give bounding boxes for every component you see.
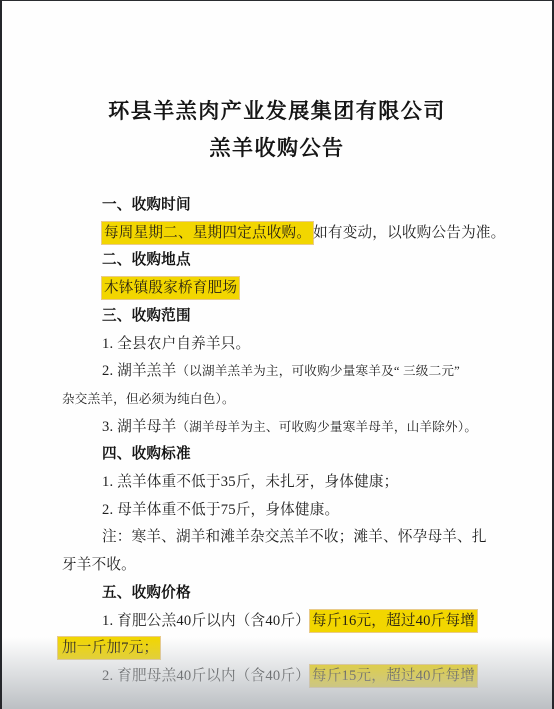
- price-item-1-text: 1. 育肥公羔40斤以内（含40斤）: [102, 613, 310, 629]
- section2-heading: 二、收购地点: [62, 247, 492, 275]
- scope-item-3-paren: （湖羊母羊为主、可收购少量寒羊母羊，山羊除外）。: [176, 420, 477, 434]
- section3-heading: 三、收购范围: [62, 303, 492, 331]
- section1-heading-text: 一、收购时间: [102, 197, 191, 213]
- standard-note-line1: 注：寒羊、湖羊和滩羊杂交羔羊不收；滩羊、怀孕母羊、扎: [62, 524, 492, 552]
- section4-heading-text: 四、收购标准: [102, 446, 191, 462]
- section5-heading: 五、收购价格: [62, 580, 492, 608]
- standard-item-2: 2. 母羊体重不低于75斤，身体健康。: [62, 497, 492, 525]
- announcement-title: 羔羊收购公告: [2, 130, 552, 167]
- section3-heading-text: 三、收购范围: [102, 308, 191, 324]
- price-item-2-highlight: 每斤15元，超过40斤每增: [310, 665, 477, 687]
- standard-note-cont: 牙羊不收。: [62, 557, 136, 573]
- section5-heading-text: 五、收购价格: [102, 585, 191, 601]
- price-item-1-line2: 加一斤加7元；: [62, 635, 492, 663]
- scope-item-2-line2: 杂交羔羊，但必须为纯白色）。: [62, 386, 492, 414]
- purchase-location-highlight: 木钵镇殷家桥育肥场: [102, 277, 239, 299]
- scope-item-1-text: 1. 全县农户自养羊只。: [102, 336, 250, 352]
- document-title: 环县羊羔肉产业发展集团有限公司 羔羊收购公告: [2, 1, 552, 167]
- standard-note-line2: 牙羊不收。: [62, 552, 492, 580]
- standard-item-2-text: 2. 母羊体重不低于75斤，身体健康。: [102, 502, 339, 518]
- company-name: 环县羊羔肉产业发展集团有限公司: [2, 93, 552, 130]
- section4-heading: 四、收购标准: [62, 441, 492, 469]
- purchase-time-note: 如有变动，以收购公告为准。: [313, 225, 505, 241]
- scope-item-3-text: 3. 湖羊母羊: [102, 419, 176, 435]
- section2-heading-text: 二、收购地点: [102, 252, 191, 268]
- price-item-1-line1: 1. 育肥公羔40斤以内（含40斤）每斤16元，超过40斤每增: [62, 608, 492, 636]
- scope-item-2-paren: （以湖羊羔羊为主，可收购少量寒羊及“ 三级二元”: [176, 364, 460, 378]
- price-item-1-highlight: 每斤16元，超过40斤每增: [310, 610, 477, 632]
- document-body: 一、收购时间 每周星期二、星期四定点收购。如有变动，以收购公告为准。 二、收购地…: [2, 192, 552, 691]
- price-item-2-text: 2. 育肥母羔40斤以内（含40斤）: [102, 668, 310, 684]
- scope-item-2-line1: 2. 湖羊羔羊（以湖羊羔羊为主，可收购少量寒羊及“ 三级二元”: [62, 358, 492, 386]
- purchase-time-line: 每周星期二、星期四定点收购。如有变动，以收购公告为准。: [62, 220, 492, 248]
- scope-item-2-paren-cont: 杂交羔羊，但必须为纯白色）。: [62, 392, 235, 406]
- section1-heading: 一、收购时间: [62, 192, 492, 220]
- purchase-location-line: 木钵镇殷家桥育肥场: [62, 275, 492, 303]
- scope-item-3: 3. 湖羊母羊（湖羊母羊为主、可收购少量寒羊母羊，山羊除外）。: [62, 414, 492, 442]
- price-item-1-highlight-cont: 加一斤加7元；: [58, 637, 160, 659]
- standard-item-1: 1. 羔羊体重不低于35斤，未扎牙，身体健康；: [62, 469, 492, 497]
- standard-item-1-text: 1. 羔羊体重不低于35斤，未扎牙，身体健康；: [102, 474, 398, 490]
- standard-note-text: 注：寒羊、湖羊和滩羊杂交羔羊不收；滩羊、怀孕母羊、扎: [102, 529, 487, 545]
- price-item-2-line1: 2. 育肥母羔40斤以内（含40斤）每斤15元，超过40斤每增: [62, 663, 492, 691]
- announcement-page: 环县羊羔肉产业发展集团有限公司 羔羊收购公告 一、收购时间 每周星期二、星期四定…: [0, 0, 554, 709]
- purchase-time-highlight: 每周星期二、星期四定点收购。: [102, 222, 313, 244]
- scope-item-2-text: 2. 湖羊羔羊: [102, 363, 176, 379]
- scope-item-1: 1. 全县农户自养羊只。: [62, 331, 492, 359]
